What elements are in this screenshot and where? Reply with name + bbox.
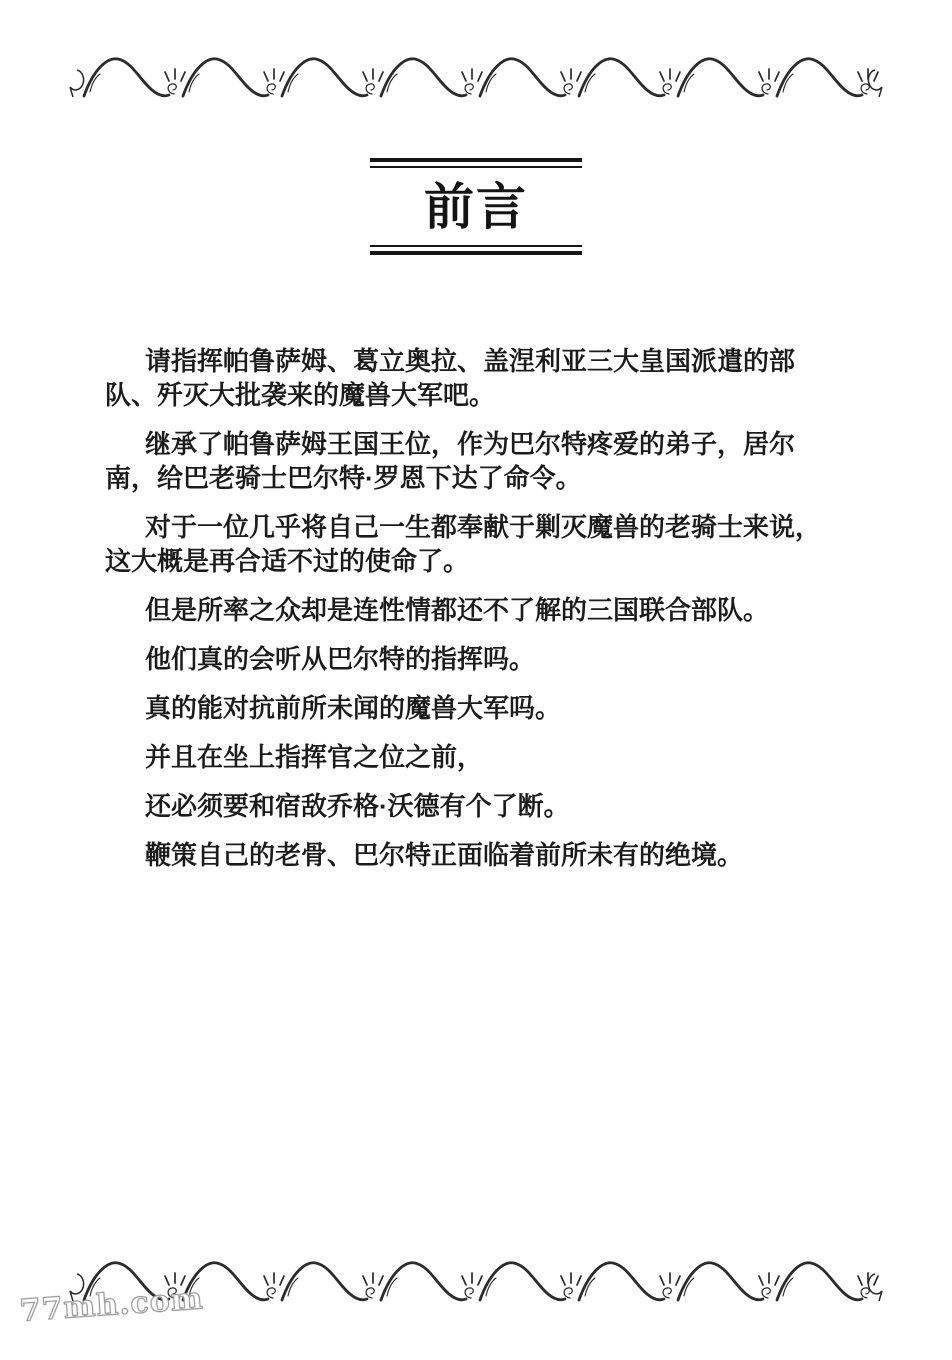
- text-line: 但是所率之众却是连性情都还不了解的三国联合部队。: [105, 593, 865, 627]
- paragraph-1: 请指挥帕鲁萨姆、葛立奥拉、盖涅利亚三大皇国派遣的部 队、歼灭大批袭来的魔兽大军吧…: [105, 344, 865, 412]
- page-title: 前言: [370, 177, 582, 237]
- paragraph-4: 但是所率之众却是连性情都还不了解的三国联合部队。: [105, 593, 865, 627]
- text-line: 对于一位几乎将自己一生都奉献于剿灭魔兽的老骑士来说，: [105, 510, 865, 544]
- text-line: 队、歼灭大批袭来的魔兽大军吧。: [105, 378, 865, 412]
- watermark: 77mh.com: [19, 1281, 205, 1329]
- text-line: 这大概是再合适不过的使命了。: [105, 544, 865, 578]
- paragraph-3: 对于一位几乎将自己一生都奉献于剿灭魔兽的老骑士来说， 这大概是再合适不过的使命了…: [105, 510, 865, 578]
- text-line: 他们真的会听从巴尔特的指挥吗。: [105, 642, 865, 676]
- preface-page: 前言 请指挥帕鲁萨姆、葛立奥拉、盖涅利亚三大皇国派遣的部 队、歼灭大批袭来的魔兽…: [0, 0, 952, 1360]
- preface-body: 请指挥帕鲁萨姆、葛立奥拉、盖涅利亚三大皇国派遣的部 队、歼灭大批袭来的魔兽大军吧…: [105, 344, 865, 887]
- paragraph-9: 鞭策自己的老骨、巴尔特正面临着前所未有的绝境。: [105, 838, 865, 872]
- text-line: 还必须要和宿敌乔格·沃德有个了断。: [105, 789, 865, 823]
- text-line: 继承了帕鲁萨姆王国王位，作为巴尔特疼爱的弟子，居尔: [105, 427, 865, 461]
- text-line: 鞭策自己的老骨、巴尔特正面临着前所未有的绝境。: [105, 838, 865, 872]
- paragraph-8: 还必须要和宿敌乔格·沃德有个了断。: [105, 789, 865, 823]
- paragraph-6: 真的能对抗前所未闻的魔兽大军吗。: [105, 691, 865, 725]
- flourish-border-top-icon: [64, 52, 888, 108]
- preface-title-block: 前言: [370, 158, 582, 255]
- title-rule-bottom: [370, 245, 582, 255]
- text-line: 南，给巴老骑士巴尔特·罗恩下达了命令。: [105, 461, 865, 495]
- text-line: 请指挥帕鲁萨姆、葛立奥拉、盖涅利亚三大皇国派遣的部: [105, 344, 865, 378]
- paragraph-2: 继承了帕鲁萨姆王国王位，作为巴尔特疼爱的弟子，居尔 南，给巴老骑士巴尔特·罗恩下…: [105, 427, 865, 495]
- text-line: 真的能对抗前所未闻的魔兽大军吗。: [105, 691, 865, 725]
- text-line: 并且在坐上指挥官之位之前，: [105, 740, 865, 774]
- paragraph-5: 他们真的会听从巴尔特的指挥吗。: [105, 642, 865, 676]
- paragraph-7: 并且在坐上指挥官之位之前，: [105, 740, 865, 774]
- title-rule-top: [370, 158, 582, 168]
